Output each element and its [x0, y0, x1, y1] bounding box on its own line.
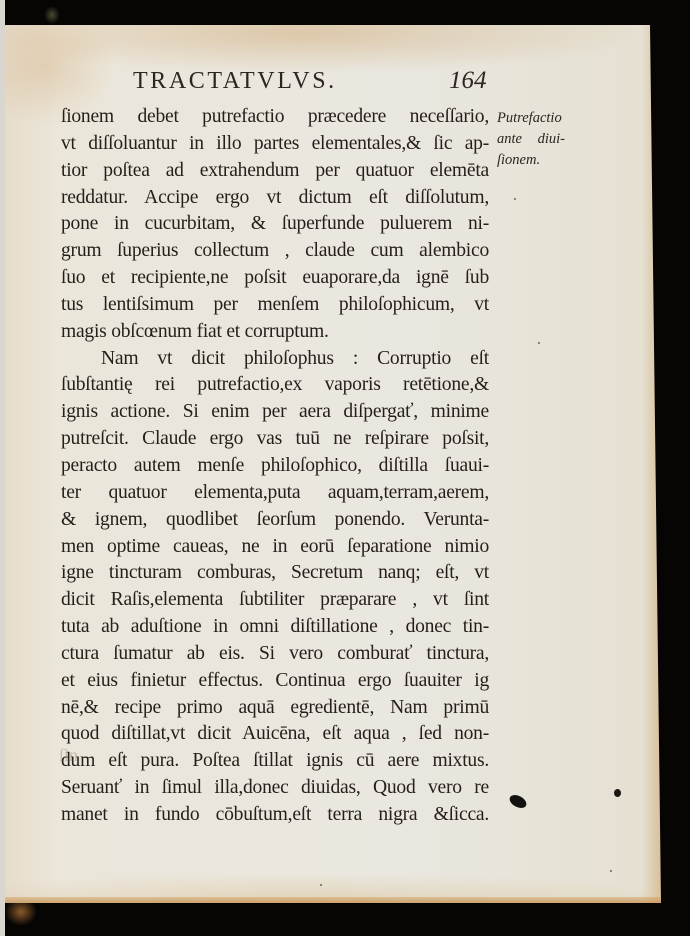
text-line: dicit Raſis,elementa ſubtiliter præparar… — [61, 587, 489, 614]
text-line: ter quatuor elementa,puta aquam,terram,a… — [61, 480, 489, 507]
speck — [538, 342, 540, 344]
text-line: dum eſt pura. Poſtea ſtillat ignis cū ae… — [61, 748, 489, 775]
body-text: ſionem debet putrefactio præcedere neceſ… — [61, 104, 489, 829]
text-line: ignis actione. Si enim per aera diſperga… — [61, 399, 489, 426]
text-line: igne tincturam comburas, Secretum nanq; … — [61, 560, 489, 587]
text-line: tuta ab aduſtione in omni diſtillatione … — [61, 614, 489, 641]
marginal-note-line: ſionem. — [497, 150, 637, 171]
text-line: Seruanť in ſimul illa,donec diuidas, Quo… — [61, 775, 489, 802]
text-line: & ignem, quodlibet ſeorſum ponendo. Veru… — [61, 507, 489, 534]
text-line: grum ſuperius collectum , claude cum ale… — [61, 238, 489, 265]
running-head-title: TRACTATVLVS. — [133, 68, 337, 95]
text-line: putreſcit. Claude ergo vas tuū ne reſpir… — [61, 426, 489, 453]
text-line: reddatur. Accipe ergo vt dictum eſt diſſ… — [61, 185, 489, 212]
text-line: ctura ſumatur ab eis. Si vero comburať t… — [61, 641, 489, 668]
speck — [320, 884, 322, 886]
marginal-note-line: ante diui- — [497, 129, 637, 150]
corner-stain — [6, 903, 36, 925]
paragraph-start-line: Nam vt dicit philoſophus : Corruptio eſt — [61, 346, 489, 373]
speck — [610, 870, 612, 872]
text-line: pone in cucurbitam, & ſuperfunde puluere… — [61, 211, 489, 238]
text-line: ſionem debet putrefactio præcedere neceſ… — [61, 104, 489, 131]
text-line: magis obſcœnum fiat et corruptum. — [61, 319, 489, 346]
marginal-note-line: Putrefactio — [497, 108, 637, 129]
running-head: TRACTATVLVS. 164 — [133, 68, 493, 98]
ink-dot — [614, 789, 621, 797]
text-line: manet in fundo cōbuſtum,eſt terra nigra … — [61, 802, 489, 829]
text-line: ſubſtantię rei putrefactio,ex vaporis re… — [61, 372, 489, 399]
text-line: et eius finietur effectus. Continua ergo… — [61, 668, 489, 695]
text-line: ſuo et recipiente,ne poſsit euaporare,da… — [61, 265, 489, 292]
text-line: tior poſtea ad extrahendum per quatuor e… — [61, 158, 489, 185]
show-through-text: ſin — [59, 745, 78, 766]
text-line: quod diſtillat,vt dicit Auicēna, eſt aqu… — [61, 721, 489, 748]
smudge-mark — [44, 6, 60, 24]
text-line: men optime caueas, ne in eorū ſeparation… — [61, 534, 489, 561]
page-bottom-edge — [5, 897, 661, 903]
text-line: tus lentiſsimum per menſem philoſophicum… — [61, 292, 489, 319]
marginal-note: Putrefactio ante diui- ſionem. — [497, 108, 637, 171]
speck — [514, 198, 516, 200]
text-line: vt diſſoluantur in illo partes elemental… — [61, 131, 489, 158]
text-line: nē,& recipe primo aquā egredientē, Nam p… — [61, 695, 489, 722]
scan-left-edge — [0, 0, 5, 936]
text-line: peracto autem menſe philoſophico, diſtil… — [61, 453, 489, 480]
page-number: 164 — [449, 67, 487, 95]
